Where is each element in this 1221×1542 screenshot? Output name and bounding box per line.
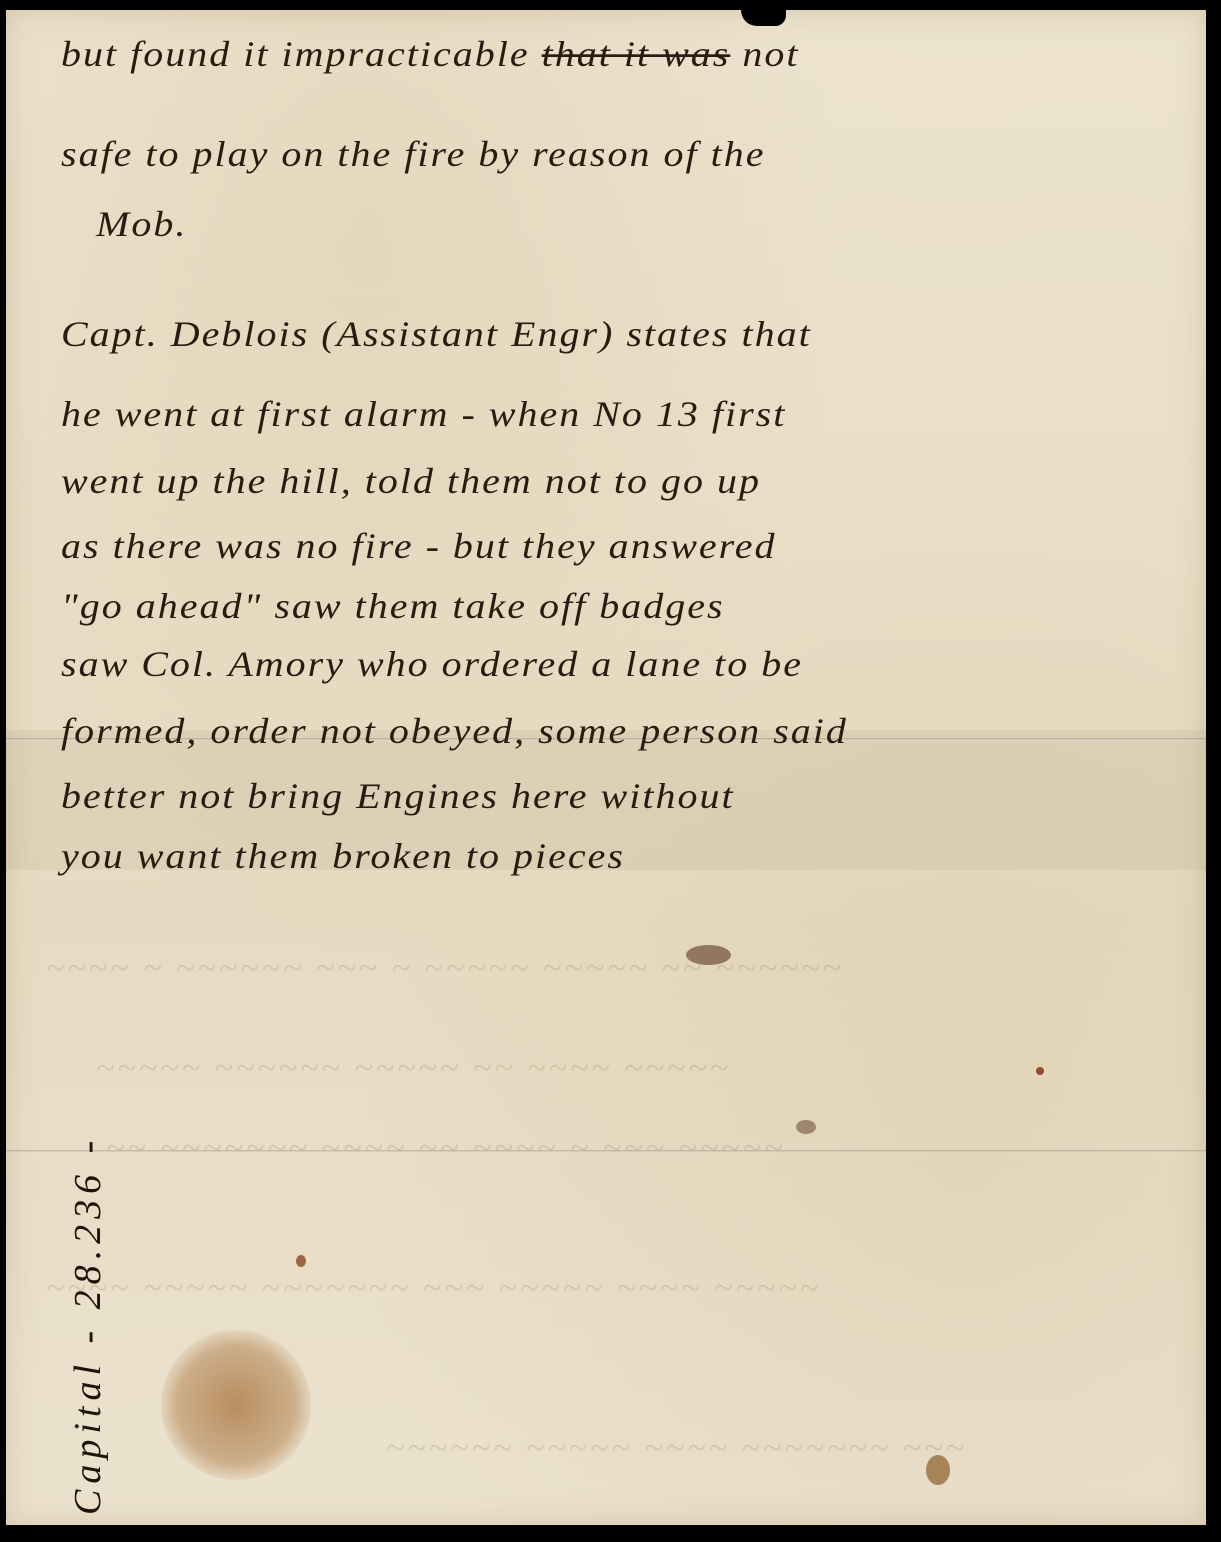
ink-spot [926, 1455, 950, 1485]
manuscript-line-7: as there was no fire - but they answered [61, 525, 776, 567]
manuscript-line-2: safe to play on the fire by reason of th… [61, 133, 765, 175]
manuscript-line-8: "go ahead" saw them take off badges [61, 585, 725, 627]
manuscript-line-5: he went at first alarm - when No 13 firs… [61, 393, 786, 435]
manuscript-line-4: Capt. Deblois (Assistant Engr) states th… [61, 313, 812, 355]
manuscript-line-10: formed, order not obeyed, some person sa… [61, 710, 848, 752]
water-stain [161, 1330, 311, 1480]
manuscript-line-9: saw Col. Amory who ordered a lane to be [61, 643, 803, 685]
line-1-text-a: but found it impracticable [61, 34, 542, 74]
bleed-through-text: ~~~~~~ ~~~~~ ~~~~ ~~~~~~~ ~~~ [386, 1430, 967, 1468]
manuscript-line-11: better not bring Engines here without [61, 775, 735, 817]
ink-smudge [686, 945, 731, 965]
bleed-through-text: ~~ ~~~~~~~ ~~~~ ~~ ~~~~ ~ ~~~ ~~~~~ [106, 1130, 786, 1168]
line-1-text-b: not [730, 34, 799, 74]
manuscript-page: ~~~~ ~ ~~~~~~ ~~~ ~ ~~~~~ ~~~~~ ~~ ~~~~~… [6, 10, 1206, 1525]
ink-spot [296, 1255, 306, 1267]
manuscript-line-6: went up the hill, told them not to go up [61, 460, 761, 502]
manuscript-line-12: you want them broken to pieces [61, 835, 625, 877]
archival-margin-annotation: Capital - 28.236 - [66, 1135, 110, 1515]
ink-spot [1036, 1067, 1044, 1075]
ink-smudge [796, 1120, 816, 1134]
bleed-through-text: ~~~~ ~~~~~ ~~~~~~~ ~~~ ~~~~~ ~~~~ ~~~~~ [46, 1270, 821, 1308]
paper-notch [741, 10, 786, 26]
bleed-through-text: ~~~~~ ~~~~~~ ~~~~~ ~~ ~~~~ ~~~~~ [96, 1050, 731, 1088]
manuscript-line-3: Mob. [96, 203, 187, 245]
manuscript-line-1: but found it impracticable that it was n… [61, 33, 799, 75]
line-1-struck-text: that it was [542, 34, 731, 74]
